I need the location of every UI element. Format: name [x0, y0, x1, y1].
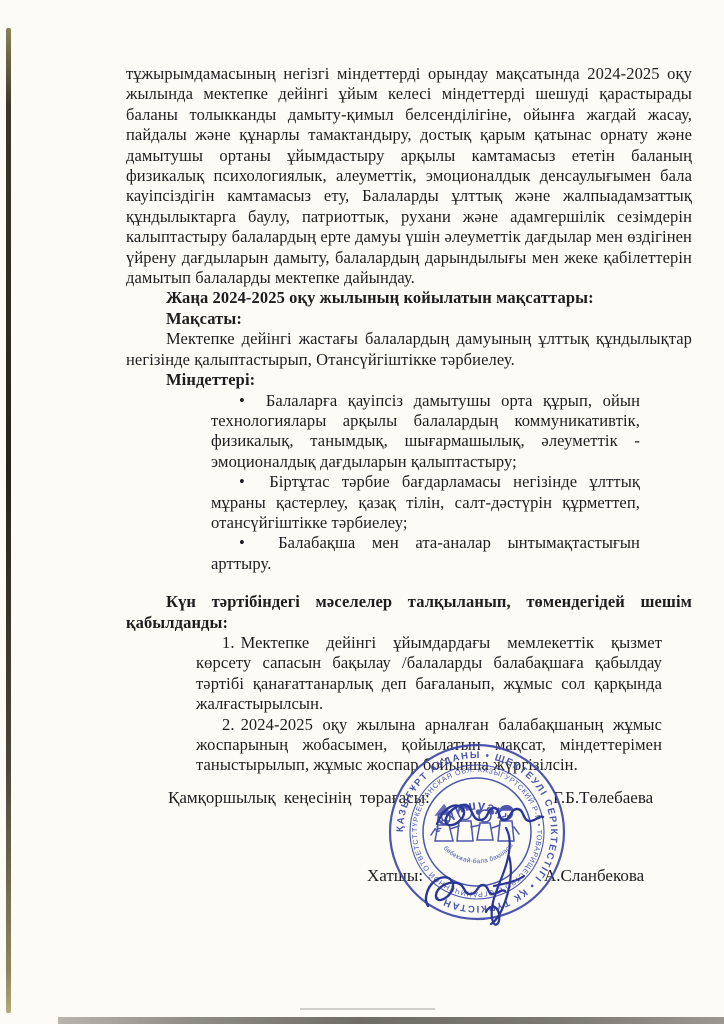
svg-text:ТҮРКЕСТАНСКАЯ ОБЛ. КАЗЫГУРТСКИ: ТҮРКЕСТАНСКАЯ ОБЛ. КАЗЫГУРТСКИЙ Р-Н • ТО… [410, 765, 544, 899]
decision-number: 1. [222, 633, 241, 652]
tasks-list: Балаларға қауіпсіз дамытушы орта құрып, … [126, 391, 692, 575]
goal-label: Мақсаты: [126, 309, 692, 329]
intro-paragraph: тұжырымдамасының негізгі міндеттерді оры… [126, 64, 692, 288]
tasks-label: Міндеттері: [126, 370, 692, 390]
chairman-name: Г.Б.Төлебаева [553, 788, 653, 808]
scanned-document-page: тұжырымдамасының негізгі міндеттерді оры… [0, 0, 724, 1024]
list-item: Балабақша мен ата-аналар ынтымақтастығын… [211, 533, 640, 574]
decision-number: 2. [222, 715, 241, 734]
scan-bottom-edge-artifact [58, 1017, 724, 1024]
goal-text: Мектепке дейінгі жастағы балалардың даму… [126, 329, 692, 370]
document-body: тұжырымдамасының негізгі міндеттерді оры… [126, 64, 692, 776]
list-item: Балаларға қауіпсіз дамытушы орта құрып, … [211, 391, 640, 473]
list-item: 1.Мектепке дейінгі ұйымдардағы мемлекетт… [196, 633, 662, 715]
decision-heading: Күн тәртібіндегі мәселелер талқыланып, т… [126, 592, 692, 633]
round-stamp-seal: ҚАЗЫҒҰРТ АУДАНЫ • ШЕКТЕУЛІ СЕРІКТЕСТІГІ … [386, 741, 568, 923]
stamp-center-subtext: бөбекжай-бала бақшасы [442, 842, 515, 865]
svg-text:бөбекжай-бала бақшасы: бөбекжай-бала бақшасы [442, 842, 515, 865]
stamp-outer-ring-text: ҚАЗЫҒҰРТ АУДАНЫ • ШЕКТЕУЛІ СЕРІКТЕСТІГІ … [395, 750, 559, 914]
svg-text:ҚАЗЫҒҰРТ АУДАНЫ • ШЕКТЕУЛІ СЕР: ҚАЗЫҒҰРТ АУДАНЫ • ШЕКТЕУЛІ СЕРІКТЕСТІГІ … [395, 750, 559, 914]
scan-smudge-line [300, 1008, 435, 1010]
decision-text: Мектепке дейінгі ұйымдардағы мемлекеттік… [196, 633, 662, 713]
scan-left-edge-artifact [6, 28, 11, 1013]
list-item: Біртұтас тәрбие бағдарламасы негізінде ұ… [211, 472, 640, 533]
new-year-goals-heading: Жаңа 2024-2025 оқу жылының койылатын мақ… [126, 288, 692, 308]
stamp-inner-ring-text: ТҮРКЕСТАНСКАЯ ОБЛ. КАЗЫГУРТСКИЙ Р-Н • ТО… [410, 765, 544, 899]
